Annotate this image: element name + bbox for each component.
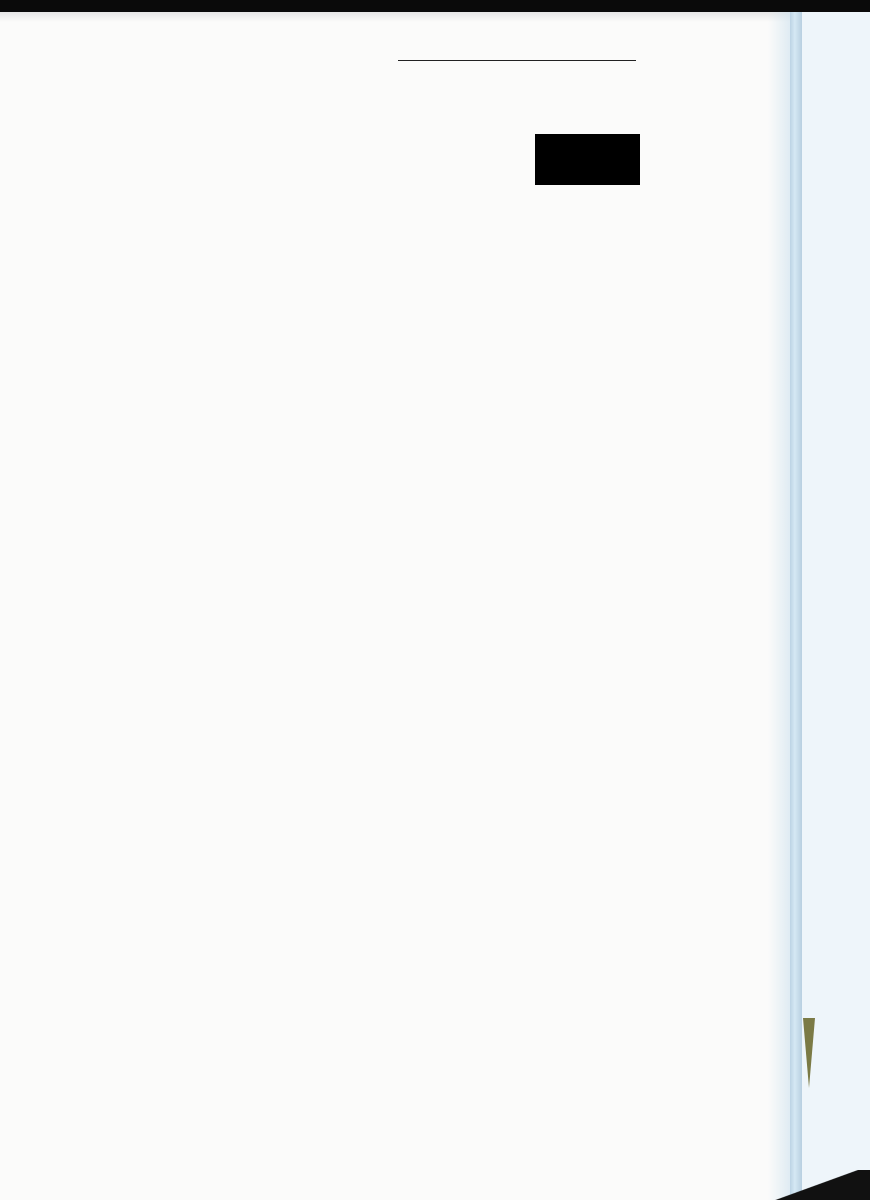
torn-page-edge — [803, 1018, 815, 1088]
date-line — [398, 60, 636, 61]
scan-corner-shadow — [740, 1170, 870, 1200]
page-curve-shadow — [768, 12, 790, 1200]
redaction-block — [535, 134, 640, 185]
book-gutter — [790, 12, 802, 1200]
scan-top-border — [0, 0, 870, 12]
page-shadow — [0, 12, 870, 22]
